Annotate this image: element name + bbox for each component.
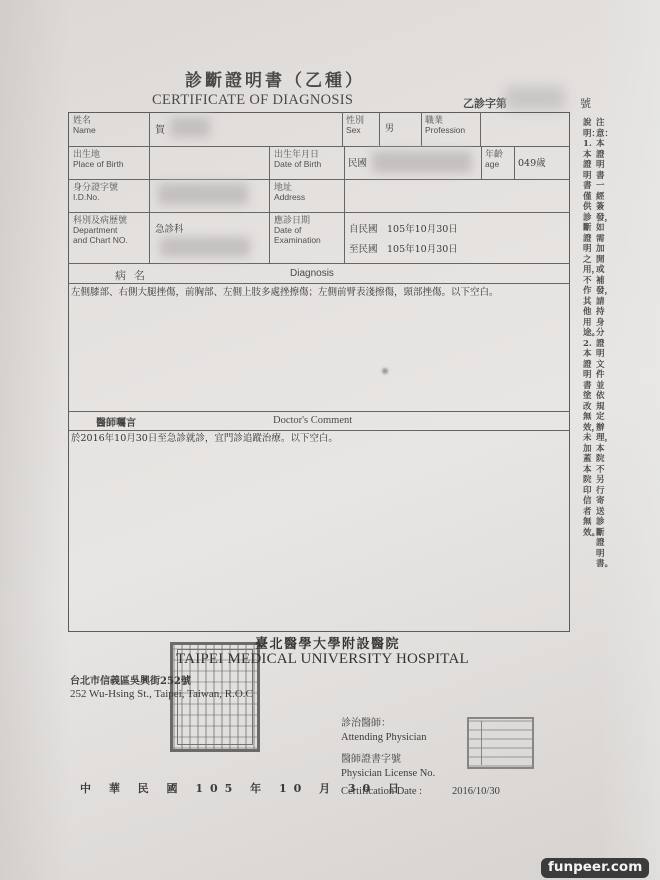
row-divider	[68, 212, 570, 213]
name-value: 賀	[155, 121, 165, 136]
sex-label: 性別 Sex	[346, 115, 364, 135]
place-of-birth-label: 出生地 Place of Birth	[73, 149, 124, 169]
age-label-en: age	[485, 159, 503, 169]
exam-date-from: 自民國 105年10月30日	[349, 221, 458, 235]
date-of-exam-label-en-1: Date of	[274, 225, 321, 235]
doctor-comment-header-zh: 醫師囑言	[96, 414, 136, 429]
date-of-birth-value: 民國	[348, 155, 367, 169]
place-of-birth-label-en: Place of Birth	[73, 159, 124, 169]
document-title-en: CERTIFICATE OF DIAGNOSIS	[152, 92, 353, 109]
sex-value: 男	[385, 121, 394, 134]
certificate-number-label: 乙診字第	[463, 95, 507, 111]
diagnosis-header-zh: 病名	[115, 267, 153, 283]
name-label: 姓名 Name	[73, 115, 96, 135]
date-of-birth-redacted	[372, 151, 472, 173]
row-divider	[68, 179, 570, 180]
hospital-name-zh: 臺北醫學大學附設醫院	[255, 633, 400, 652]
col-divider	[379, 112, 380, 146]
date-of-exam-label-en-2: Examination	[274, 235, 321, 245]
hospital-address-zh: 台北市信義區吳興街252號	[70, 672, 191, 687]
date-of-exam-label: 應診日期 Date of Examination	[274, 215, 321, 245]
paper-shadow-left	[0, 0, 70, 880]
sex-label-en: Sex	[346, 125, 364, 135]
name-label-en: Name	[73, 125, 96, 135]
physician-license-label-zh: 醫師證書字號	[341, 750, 401, 765]
col-divider	[480, 112, 481, 146]
row-divider	[68, 146, 570, 147]
col-divider	[481, 146, 482, 179]
col-divider	[269, 146, 270, 263]
profession-label-en: Profession	[425, 125, 465, 135]
id-no-label: 身分證字號 I.D.No.	[73, 182, 118, 202]
attending-physician-label-en: Attending Physician	[341, 732, 426, 743]
address-label: 地址 Address	[274, 182, 305, 202]
age-label: 年齡 age	[485, 149, 503, 169]
document-title-zh: 診斷證明書（乙種）	[185, 66, 365, 91]
exam-date-to: 至民國 105年10月30日	[349, 241, 458, 255]
hospital-name-en: TAIPEI MEDICAL UNIVERSITY HOSPITAL	[176, 651, 469, 668]
age-label-zh: 年齡	[485, 149, 503, 159]
department-label-en: Department	[73, 225, 128, 235]
col-divider	[149, 112, 150, 263]
diagnosis-text: 左側膝部、右側大腿挫傷，前胸部、左側上肢多處挫擦傷；左側前臂表淺擦傷，頸部挫傷。…	[71, 287, 541, 298]
col-divider	[342, 112, 343, 146]
doctor-comment-header-en: Doctor's Comment	[273, 415, 352, 426]
row-divider	[68, 283, 570, 284]
physician-license-label-en: Physician License No.	[341, 768, 435, 779]
name-label-zh: 姓名	[73, 115, 96, 125]
date-of-birth-label-zh: 出生年月日	[274, 149, 321, 159]
id-no-redacted	[158, 183, 248, 205]
profession-label-zh: 職業	[425, 115, 465, 125]
name-redacted	[170, 117, 210, 137]
hospital-address-en: 252 Wu-Hsing St., Taipei, Taiwan, R.O.C	[70, 688, 253, 700]
site-watermark: funpeer.com	[541, 858, 649, 878]
side-note-notice: 注意：本證明書一經簽發，如需加開或補發，請持身分證明文件並依規定辦理，本院不另行…	[596, 118, 606, 570]
sex-label-zh: 性別	[346, 115, 364, 125]
diagnosis-header-en: Diagnosis	[290, 268, 334, 279]
row-divider	[68, 263, 570, 264]
issue-date: 中 華 民 國 105 年 10 月 30 日	[80, 780, 406, 796]
department-label-zh: 科別及病歷號	[73, 215, 128, 225]
certification-date-value: 2016/10/30	[452, 786, 500, 797]
certificate-number-redacted	[505, 86, 565, 110]
age-value: 049歲	[518, 155, 546, 169]
chart-no-redacted	[160, 237, 250, 257]
certificate-photo: 診斷證明書（乙種） CERTIFICATE OF DIAGNOSIS 乙診字第 …	[0, 0, 660, 880]
department-label: 科別及病歷號 Department and Chart NO.	[73, 215, 128, 245]
row-divider	[68, 411, 570, 412]
physician-seal-stamp	[467, 717, 534, 769]
date-of-exam-label-zh: 應診日期	[274, 215, 321, 225]
place-of-birth-label-zh: 出生地	[73, 149, 124, 159]
profession-label: 職業 Profession	[425, 115, 465, 135]
attending-physician-label-zh: 診治醫師：	[341, 714, 391, 729]
chart-no-label-en: and Chart NO.	[73, 235, 128, 245]
paper-smudge	[382, 368, 388, 374]
certificate-number-suffix: 號	[580, 95, 591, 111]
id-no-label-zh: 身分證字號	[73, 182, 118, 192]
date-of-birth-label: 出生年月日 Date of Birth	[274, 149, 321, 169]
id-no-label-en: I.D.No.	[73, 192, 118, 202]
address-label-zh: 地址	[274, 182, 305, 192]
address-label-en: Address	[274, 192, 305, 202]
side-note-instructions: 說明：1.本證明書僅供診斷證明之用，不作其他用途。2.本證明書塗改無效，未加蓋本…	[583, 118, 593, 538]
col-divider	[344, 146, 345, 263]
certificate-table	[68, 112, 570, 632]
department-value: 急診科	[155, 221, 184, 235]
doctor-comment-text: 於2016年10月30日至急診就診，宜門診追蹤治療。以下空白。	[71, 433, 541, 444]
date-of-birth-label-en: Date of Birth	[274, 159, 321, 169]
col-divider	[421, 112, 422, 146]
col-divider	[514, 146, 515, 179]
row-divider	[68, 430, 570, 431]
